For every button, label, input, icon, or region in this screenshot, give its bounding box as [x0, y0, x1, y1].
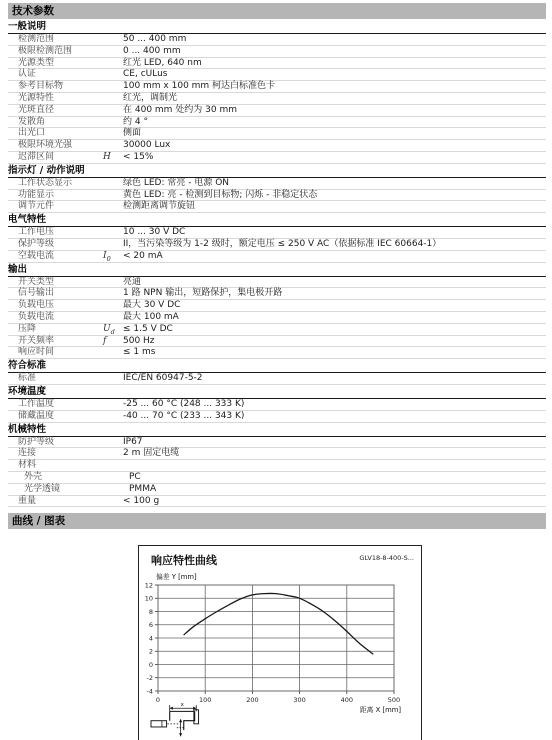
response-curve-card: 响应特性曲线 GLV18-8-400-S... -4-2024681012010…: [138, 545, 422, 740]
row-label: 重量: [8, 496, 103, 507]
spec-row: 光斑直径在 400 mm 处约为 30 mm: [8, 105, 546, 117]
row-value: ≤ 1 ms: [123, 347, 546, 358]
spec-row: 连接2 m 固定电缆: [8, 448, 546, 460]
row-label: 认证: [8, 69, 103, 80]
row-label: 负载电流: [8, 312, 103, 323]
row-symbol: [103, 399, 123, 410]
spec-row: 保护等级II，当污染等级为 1-2 级时，额定电压 ≤ 250 V AC（依据标…: [8, 239, 546, 251]
spec-row: 极限检测范围0 ... 400 mm: [8, 46, 546, 58]
row-symbol: [103, 312, 123, 323]
row-value: IP67: [123, 437, 546, 448]
row-value: 黄色 LED: 亮 - 检测到目标物; 闪烁 - 非稳定状态: [123, 190, 546, 201]
row-symbol: [103, 81, 123, 92]
sensor-icon: [151, 721, 167, 727]
spec-row: 标准IEC/EN 60947-5-2: [8, 373, 546, 385]
row-label: 调节元件: [8, 201, 103, 212]
spec-row: 空载电流I0< 20 mA: [8, 251, 546, 263]
row-symbol: [103, 190, 123, 201]
spec-table: 一般说明检测范围50 ... 400 mm极限检测范围0 ... 400 mm光…: [8, 21, 546, 507]
row-label: 开关类型: [8, 277, 103, 288]
row-symbol: [103, 496, 123, 507]
row-label: 迟滞区间: [8, 152, 103, 163]
row-label: 负载电压: [8, 300, 103, 311]
tick-label-y: 4: [149, 635, 153, 643]
spec-row: 外壳PC: [8, 472, 546, 484]
curves-diagrams-title: 曲线 / 图表: [12, 515, 65, 527]
spec-row: 开关频率f500 Hz: [8, 336, 546, 348]
spec-row: 发散角约 4 °: [8, 117, 546, 129]
spec-row: 工作电压10 ... 30 V DC: [8, 227, 546, 239]
row-symbol: [109, 484, 129, 495]
row-label: 空载电流: [8, 251, 103, 262]
row-label: 外壳: [8, 472, 109, 483]
row-symbol: [103, 58, 123, 69]
row-value: PC: [129, 472, 546, 483]
row-symbol: [103, 448, 123, 459]
tick-label-y: 10: [145, 595, 153, 603]
row-symbol: [103, 239, 123, 250]
row-symbol: [103, 277, 123, 288]
chart-model-label: GLV18-8-400-S...: [359, 554, 414, 562]
dimension-x-label: x: [181, 702, 185, 708]
row-symbol: [103, 117, 123, 128]
section-header: 输出: [8, 264, 546, 277]
spec-row: 迟滞区间H< 15%: [8, 152, 546, 164]
row-symbol: [103, 178, 123, 189]
spec-row: 检测范围50 ... 400 mm: [8, 34, 546, 46]
tick-label-y: 0: [149, 661, 153, 669]
spec-row: 极限环境光强30000 Lux: [8, 140, 546, 152]
tick-label-x: 500: [388, 696, 400, 704]
row-value: 50 ... 400 mm: [123, 34, 546, 45]
row-symbol: [109, 472, 129, 483]
measurement-setup-diagram: x: [151, 702, 199, 736]
row-label: 极限检测范围: [8, 46, 103, 57]
row-symbol: [103, 69, 123, 80]
spec-row: 重量< 100 g: [8, 496, 546, 508]
row-value: 500 Hz: [123, 336, 546, 347]
row-value: ≤ 1.5 V DC: [123, 324, 546, 335]
row-symbol: f: [103, 336, 123, 347]
spec-row: 开关类型亮通: [8, 277, 546, 289]
row-value: < 20 mA: [123, 251, 546, 262]
row-label: 响应时间: [8, 347, 103, 358]
spec-row: 负载电压最大 30 V DC: [8, 300, 546, 312]
tick-label-x: 100: [199, 696, 211, 704]
row-value: CE, cULus: [123, 69, 546, 80]
row-label: 极限环境光强: [8, 140, 103, 151]
spec-row: 出光口侧面: [8, 128, 546, 140]
row-symbol: [103, 201, 123, 212]
row-label: 开关频率: [8, 336, 103, 347]
row-label: 保护等级: [8, 239, 103, 250]
y-axis-label: 偏差 Y [mm]: [156, 572, 197, 581]
tick-label-x: 300: [293, 696, 305, 704]
section-header: 电气特性: [8, 214, 546, 227]
row-symbol: [103, 411, 123, 422]
row-value: 30000 Lux: [123, 140, 546, 151]
technical-parameters-bar: 技术参数: [8, 3, 546, 19]
row-value: 绿色 LED: 常亮 - 电源 ON: [123, 178, 546, 189]
row-label: 检测范围: [8, 34, 103, 45]
tick-label-y: 2: [149, 648, 153, 656]
spec-row: 光源特性红光，调制光: [8, 93, 546, 105]
row-symbol: [103, 300, 123, 311]
row-label: 出光口: [8, 128, 103, 139]
row-label: 光学透镜: [8, 484, 109, 495]
spec-row: 功能显示黄色 LED: 亮 - 检测到目标物; 闪烁 - 非稳定状态: [8, 190, 546, 202]
row-value: -40 ... 70 °C (233 ... 343 K): [123, 411, 546, 422]
row-value: [123, 460, 546, 471]
spec-row: 工作状态显示绿色 LED: 常亮 - 电源 ON: [8, 178, 546, 190]
section-header: 符合标准: [8, 360, 546, 373]
section-header: 机械特性: [8, 424, 546, 437]
row-symbol: [103, 128, 123, 139]
row-symbol: [103, 373, 123, 384]
row-value: 100 mm x 100 mm 柯达白标准色卡: [123, 81, 546, 92]
tick-label-y: 6: [149, 621, 153, 629]
row-symbol: [103, 140, 123, 151]
spec-row: 光源类型红光 LED, 640 nm: [8, 58, 546, 70]
row-symbol: [103, 34, 123, 45]
row-value: 红光 LED, 640 nm: [123, 58, 546, 69]
section-header: 一般说明: [8, 21, 546, 34]
spec-row: 储藏温度-40 ... 70 °C (233 ... 343 K): [8, 411, 546, 423]
response-curve: [184, 594, 373, 654]
chart-title: 响应特性曲线: [151, 552, 217, 568]
row-symbol: [103, 288, 123, 299]
tick-label-y: 8: [149, 608, 153, 616]
row-label: 发散角: [8, 117, 103, 128]
spec-row: 响应时间≤ 1 ms: [8, 347, 546, 359]
row-value: 10 ... 30 V DC: [123, 227, 546, 238]
row-value: < 15%: [123, 152, 546, 163]
spec-row: 防护等级IP67: [8, 437, 546, 449]
row-value: 最大 30 V DC: [123, 300, 546, 311]
row-label: 光斑直径: [8, 105, 103, 116]
section-header: 指示灯 / 动作说明: [8, 165, 546, 178]
spec-row: 工作温度-25 ... 60 °C (248 ... 333 K): [8, 399, 546, 411]
row-value: 亮通: [123, 277, 546, 288]
tick-label-x: 400: [341, 696, 353, 704]
row-value: 在 400 mm 处约为 30 mm: [123, 105, 546, 116]
row-label: 储藏温度: [8, 411, 103, 422]
spec-row: 调节元件检测距离调节旋钮: [8, 201, 546, 213]
spec-row: 压降Ud≤ 1.5 V DC: [8, 324, 546, 336]
spec-row: 信号输出1 路 NPN 输出，短路保护，集电极开路: [8, 288, 546, 300]
row-label: 材料: [8, 460, 103, 471]
row-label: 信号输出: [8, 288, 103, 299]
target-bracket: [170, 712, 195, 731]
x-axis-label: 距离 X [mm]: [360, 705, 401, 714]
tick-label-y: -2: [147, 674, 153, 682]
tick-label-y: 12: [145, 582, 153, 590]
row-value: 1 路 NPN 输出，短路保护，集电极开路: [123, 288, 546, 299]
curves-diagrams-bar: 曲线 / 图表: [8, 513, 546, 529]
tick-label-y: -4: [147, 688, 153, 696]
row-label: 工作温度: [8, 399, 103, 410]
row-label: 压降: [8, 324, 103, 335]
row-value: PMMA: [129, 484, 546, 495]
row-symbol: [103, 46, 123, 57]
row-symbol: [103, 227, 123, 238]
section-header: 环境温度: [8, 386, 546, 399]
row-value: 最大 100 mA: [123, 312, 546, 323]
row-label: 连接: [8, 448, 103, 459]
row-label: 防护等级: [8, 437, 103, 448]
spec-row: 材料: [8, 460, 546, 472]
row-symbol: Ud: [103, 324, 123, 335]
row-symbol: [103, 347, 123, 358]
row-symbol: [103, 105, 123, 116]
tick-label-x: 0: [156, 696, 160, 704]
row-label: 工作电压: [8, 227, 103, 238]
row-value: II，当污染等级为 1-2 级时，额定电压 ≤ 250 V AC（依据标准 IE…: [123, 239, 546, 250]
row-label: 光源特性: [8, 93, 103, 104]
row-value: 0 ... 400 mm: [123, 46, 546, 57]
spec-row: 认证CE, cULus: [8, 69, 546, 81]
row-value: 约 4 °: [123, 117, 546, 128]
row-label: 光源类型: [8, 58, 103, 69]
row-symbol: [103, 437, 123, 448]
row-value: 红光，调制光: [123, 93, 546, 104]
row-value: < 100 g: [123, 496, 546, 507]
row-value: 检测距离调节旋钮: [123, 201, 546, 212]
row-symbol: I0: [103, 251, 123, 262]
datasheet-page: 技术参数 一般说明检测范围50 ... 400 mm极限检测范围0 ... 40…: [0, 0, 552, 740]
tick-label-x: 200: [246, 696, 258, 704]
row-value: -25 ... 60 °C (248 ... 333 K): [123, 399, 546, 410]
row-label: 参考目标物: [8, 81, 103, 92]
row-symbol: [103, 460, 123, 471]
spec-row: 光学透镜PMMA: [8, 484, 546, 496]
technical-parameters-title: 技术参数: [12, 5, 54, 17]
row-label: 功能显示: [8, 190, 103, 201]
row-value: 侧面: [123, 128, 546, 139]
row-label: 工作状态显示: [8, 178, 103, 189]
spec-row: 参考目标物100 mm x 100 mm 柯达白标准色卡: [8, 81, 546, 93]
row-value: IEC/EN 60947-5-2: [123, 373, 546, 384]
spec-row: 负载电流最大 100 mA: [8, 312, 546, 324]
row-symbol: H: [103, 152, 123, 163]
row-label: 标准: [8, 373, 103, 384]
row-symbol: [103, 93, 123, 104]
row-value: 2 m 固定电缆: [123, 448, 546, 459]
response-curve-chart: -4-20246810120100200300400500偏差 Y [mm]距离…: [139, 546, 421, 740]
